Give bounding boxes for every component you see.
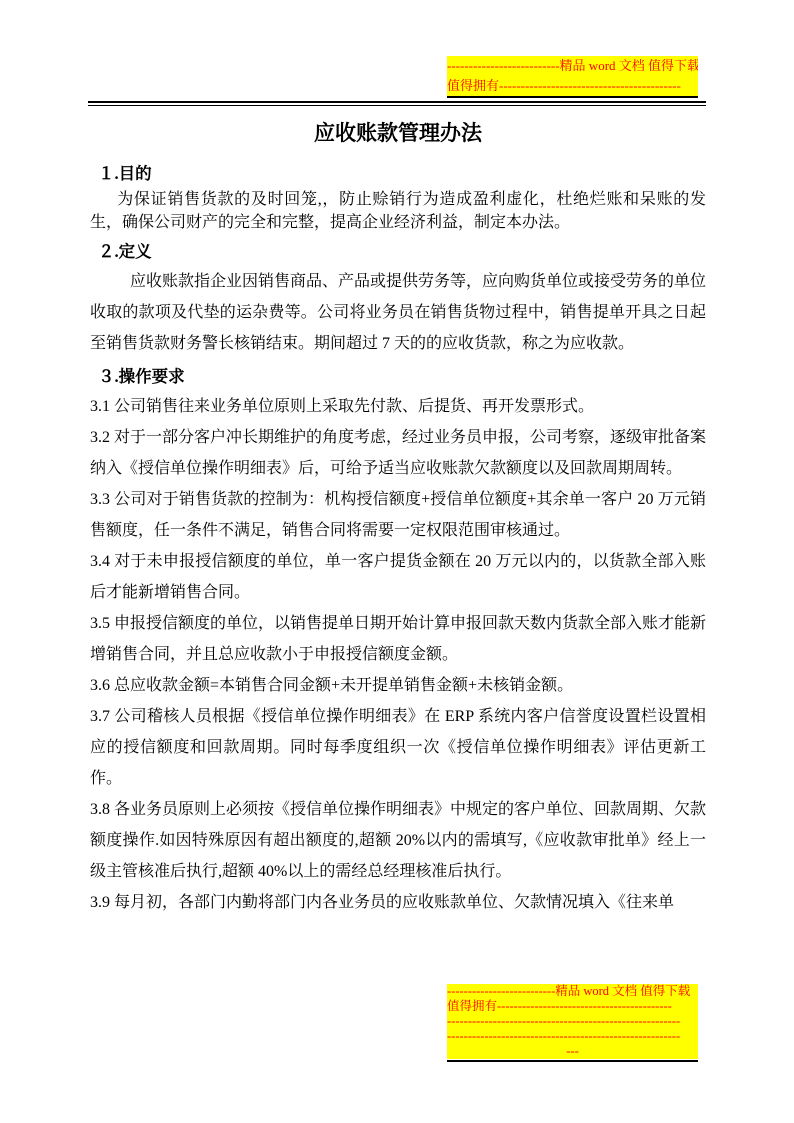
watermark-banner-bottom: --------------------------精品 word 文档 值得下…	[447, 984, 698, 1062]
watermark-text-line: ----------------------------------------…	[447, 1029, 698, 1044]
watermark-text-line: 值得拥有------------------------------------…	[447, 999, 698, 1014]
paragraph: 应收账款指企业因销售商品、产品或提供劳务等，应向购货单位或接受劳务的单位收取的款…	[90, 266, 706, 359]
section-heading-definition: ２.定义	[90, 238, 706, 266]
paragraph-3-8: 3.8 各业务员原则上必须按《授信单位操作明细表》中规定的客户单位、回款周期、欠…	[90, 794, 706, 887]
paragraph-3-1: 3.1 公司销售往来业务单位原则上采取先付款、后提货、再开发票形式。	[90, 391, 706, 422]
document-title: 应收账款管理办法	[90, 118, 706, 148]
paragraph-3-5: 3.5 申报授信额度的单位，以销售提单日期开始计算申报回款天数内货款全部入账才能…	[90, 608, 706, 670]
paragraph-3-9: 3.9 每月初，各部门内勤将部门内各业务员的应收账款单位、欠款情况填入《往来单	[90, 887, 706, 918]
watermark-banner-top: --------------------------精品 word 文档 值得下…	[447, 56, 698, 98]
watermark-text-line: 值得拥有------------------------------------…	[447, 76, 698, 96]
watermark-tail-text: ---	[564, 1044, 581, 1059]
section-heading-operations: ３.操作要求	[90, 363, 706, 391]
header-separator-line	[88, 101, 706, 106]
paragraph-3-3: 3.3 公司对于销售货款的控制为：机构授信额度+授信单位额度+其余单一客户 20…	[90, 484, 706, 546]
word-document-page: { "watermark": { "highlight_color": "#FF…	[0, 0, 794, 1123]
watermark-text-line: --------------------------精品 word 文档 值得下…	[447, 56, 698, 76]
paragraph-3-7: 3.7 公司稽核人员根据《授信单位操作明细表》在 ERP 系统内客户信誉度设置栏…	[90, 701, 706, 794]
watermark-text-line: --------------------------精品 word 文档 值得下…	[447, 984, 698, 999]
paragraph-3-4: 3.4 对于未申报授信额度的单位，单一客户提货金额在 20 万元以内的，以货款全…	[90, 546, 706, 608]
document-body: 应收账款管理办法 １.目的 为保证销售货款的及时回笼,，防止赊销行为造成盈利虚化…	[90, 118, 706, 918]
paragraph-3-6: 3.6 总应收款金额=本销售合同金额+未开提单销售金额+未核销金额。	[90, 670, 706, 701]
paragraph: 为保证销售货款的及时回笼,，防止赊销行为造成盈利虚化，杜绝烂账和呆账的发生，确保…	[90, 188, 706, 234]
paragraph-3-2: 3.2 对于一部分客户冲长期维护的角度考虑，经过业务员申报，公司考察，逐级审批备…	[90, 422, 706, 484]
section-heading-purpose: １.目的	[90, 160, 706, 188]
watermark-tail-row: ---	[447, 1044, 698, 1059]
watermark-text-line: ----------------------------------------…	[447, 1014, 698, 1029]
